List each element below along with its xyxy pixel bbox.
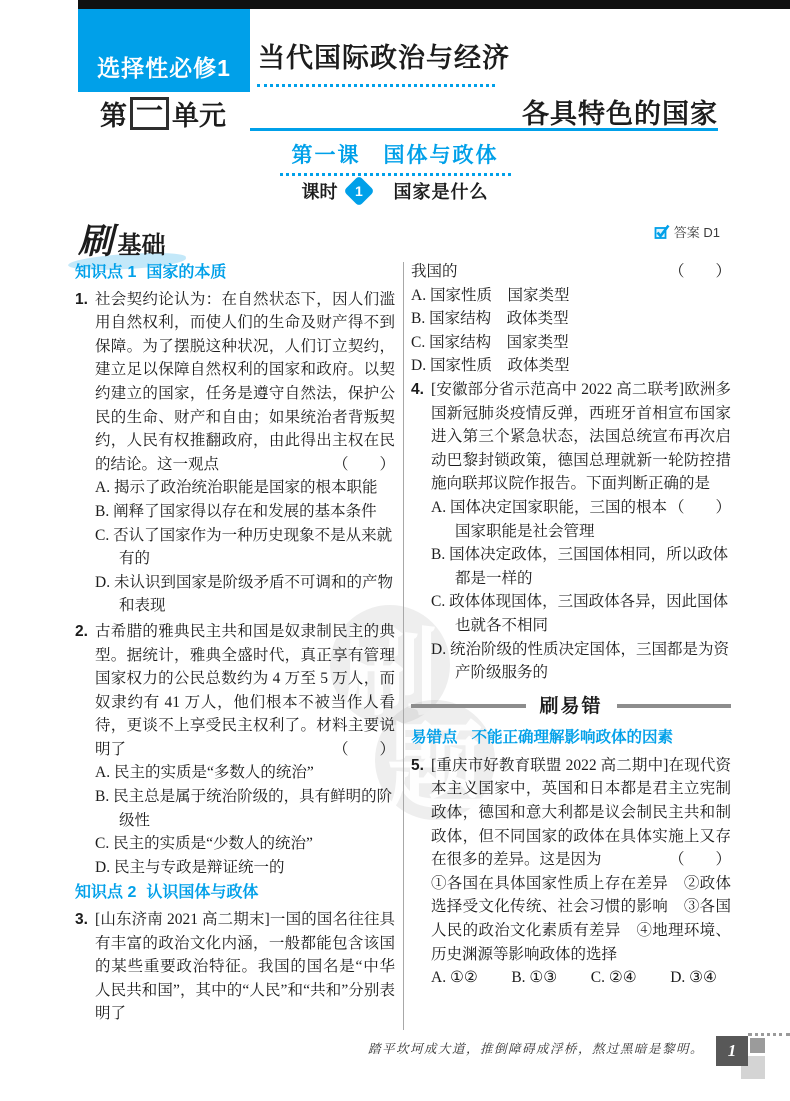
question-options: A. 民主的实质是“多数人的统治” B. 民主总是属于统治阶级的，具有鲜明的阶级… bbox=[95, 761, 395, 879]
question-number: 5. bbox=[411, 754, 424, 778]
question-number: 1. bbox=[75, 288, 88, 312]
option-c: C. 否认了国家作为一种历史现象不是从来就有的 bbox=[95, 524, 395, 571]
error-section-divider: 刷易错 bbox=[411, 695, 731, 719]
question-4: 4. [安徽部分省示范高中 2022 高二联考]欧洲多国新冠肺炎疫情反弹，西班牙… bbox=[411, 378, 731, 685]
answer-badge-label: 答案 D1 bbox=[674, 222, 720, 241]
option-d: D. 国家性质 政体类型 bbox=[411, 354, 731, 378]
unit-label: 第一单元 bbox=[100, 94, 226, 133]
option-c: C. 政体体现国体，三国政体各异，因此国体也就各不相同 bbox=[431, 590, 731, 637]
section-name: 基础 bbox=[117, 232, 165, 259]
knowledge-point-1: 知识点 1国家的本质 bbox=[75, 261, 395, 285]
top-black-bar bbox=[78, 0, 790, 9]
question-stem: [安徽部分省示范高中 2022 高二联考]欧洲多国新冠肺炎疫情反弹，西班牙首相宣… bbox=[431, 381, 731, 492]
option-d: D. 统治阶级的性质决定国体，三国都是为资产阶级服务的 bbox=[431, 638, 731, 685]
session-number-diamond: 1 bbox=[343, 175, 374, 206]
unit-boxed-number: 一 bbox=[130, 97, 169, 130]
session-number: 1 bbox=[355, 183, 363, 199]
option-c: C. 国家结构 国家类型 bbox=[411, 331, 731, 355]
content-columns: 知识点 1国家的本质 1. 社会契约论认为：在自然状态下，因人们滥用自然权利，而… bbox=[75, 260, 731, 1038]
unit-rule bbox=[250, 128, 718, 131]
question-5: 5. [重庆市好教育联盟 2022 高二期中]在现代资本主义国家中，英国和日本都… bbox=[411, 754, 731, 990]
error-point-row: 易错点不能正确理解影响政体的因素 bbox=[411, 726, 731, 750]
left-column: 知识点 1国家的本质 1. 社会契约论认为：在自然状态下，因人们滥用自然权利，而… bbox=[75, 260, 395, 1038]
option-a: A. 揭示了政治统治职能是国家的根本职能 bbox=[95, 476, 395, 500]
question-1: 1. 社会契约论认为：在自然状态下，因人们滥用自然权利，而使人们的生命及财产得不… bbox=[75, 288, 395, 618]
book-badge: 选择性必修1 bbox=[78, 9, 250, 92]
kp-label: 知识点 2 bbox=[75, 884, 136, 901]
question-number: 2. bbox=[75, 620, 88, 644]
session-label: 课时 bbox=[302, 178, 338, 204]
choice-d: D. ③④ bbox=[670, 966, 717, 990]
question-stem-continuation: 我国的 bbox=[411, 263, 458, 280]
error-point-label: 易错点 bbox=[411, 729, 458, 746]
question-2: 2. 古希腊的雅典民主共和国是奴隶制民主的典型。据统计，雅典全盛时代，真正享有管… bbox=[75, 620, 395, 880]
question-answer-choices: A. ①② B. ①③ C. ②④ D. ③④ bbox=[431, 966, 731, 990]
checkbox-check-icon bbox=[654, 224, 670, 240]
choice-c: C. ②④ bbox=[591, 966, 637, 990]
unit-title: 各具特色的国家 bbox=[522, 92, 718, 131]
error-point-text: 不能正确理解影响政体的因素 bbox=[472, 729, 674, 746]
question-options: A. 国体决定国家职能，三国的根本国家职能是社会管理 B. 国体决定政体，三国国… bbox=[431, 496, 731, 685]
book-title-dotted-rule bbox=[257, 84, 495, 87]
page-number: 1 bbox=[728, 1041, 737, 1061]
question-stem: [山东济南 2021 高二期末]一国的国名往往具有丰富的政治文化内涵，一般都能包… bbox=[95, 911, 395, 1022]
option-d: D. 民主与专政是辩证统一的 bbox=[95, 856, 395, 880]
choice-a: A. ①② bbox=[431, 966, 478, 990]
kp-label: 知识点 1 bbox=[75, 264, 136, 281]
question-3-continuation: 我国的 （ ） bbox=[411, 260, 731, 284]
divider-bar-right bbox=[617, 704, 731, 708]
footer-dotted-rule bbox=[748, 1033, 790, 1036]
footer-motto: 踏平坎坷成大道，推倒障碍成浮桥，熬过黑暗是黎明。 bbox=[368, 1039, 704, 1057]
session-row: 课时 1 国家是什么 bbox=[0, 178, 790, 204]
brush-char: 刷 bbox=[78, 222, 113, 261]
choice-b: B. ①③ bbox=[511, 966, 557, 990]
answer-badge: 答案 D1 bbox=[654, 222, 720, 241]
option-a: A. 民主的实质是“多数人的统治” bbox=[95, 761, 395, 785]
right-column: 我国的 （ ） A. 国家性质 国家类型 B. 国家结构 政体类型 C. 国家结… bbox=[411, 260, 731, 1038]
option-c: C. 民主的实质是“少数人的统治” bbox=[95, 832, 395, 856]
unit-suffix: 单元 bbox=[172, 94, 226, 133]
option-b: B. 国体决定政体，三国国体相同，所以政体都是一样的 bbox=[431, 543, 731, 590]
answer-bracket: （ ） bbox=[333, 738, 395, 762]
question-stem: 古希腊的雅典民主共和国是奴隶制民主的典型。据统计，雅典全盛时代，真正享有管理国家… bbox=[95, 623, 395, 758]
option-a: A. 国家性质 国家类型 bbox=[411, 284, 731, 308]
option-b: B. 阐释了国家得以存在和发展的基本条件 bbox=[95, 500, 395, 524]
unit-prefix: 第 bbox=[100, 94, 127, 133]
error-section-title: 刷易错 bbox=[540, 695, 603, 719]
book-title: 当代国际政治与经济 bbox=[258, 36, 510, 75]
question-options: A. 揭示了政治统治职能是国家的根本职能 B. 阐释了国家得以存在和发展的基本条… bbox=[95, 476, 395, 618]
question-3-options: A. 国家性质 国家类型 B. 国家结构 政体类型 C. 国家结构 国家类型 D… bbox=[411, 284, 731, 378]
question-stem: 社会契约论认为：在自然状态下，因人们滥用自然权利，而使人们的生命及财产得不到保障… bbox=[95, 291, 395, 473]
knowledge-point-2: 知识点 2认识国体与政体 bbox=[75, 881, 395, 905]
option-d: D. 未认识到国家是阶级矛盾不可调和的产物和表现 bbox=[95, 571, 395, 618]
footer-deco-square-small bbox=[750, 1038, 765, 1053]
session-title: 国家是什么 bbox=[394, 178, 489, 204]
page-number-box: 1 bbox=[716, 1036, 748, 1066]
answer-bracket: （ ） bbox=[669, 260, 731, 284]
basics-section-header: 刷 基础 bbox=[76, 214, 171, 254]
kp-title: 认识国体与政体 bbox=[146, 884, 258, 901]
answer-bracket: （ ） bbox=[669, 848, 731, 872]
question-3: 3. [山东济南 2021 高二期末]一国的国名往往具有丰富的政治文化内涵，一般… bbox=[75, 908, 395, 1026]
option-b: B. 国家结构 政体类型 bbox=[411, 307, 731, 331]
column-divider bbox=[403, 262, 404, 1030]
lesson-title: 第一课 国体与政体 bbox=[280, 139, 511, 176]
question-number: 3. bbox=[75, 908, 88, 932]
answer-bracket: （ ） bbox=[333, 453, 395, 477]
workbook-page: 选择性必修1 当代国际政治与经济 第一单元 各具特色的国家 第一课 国体与政体 … bbox=[0, 0, 790, 1101]
option-b: B. 民主总是属于统治阶级的，具有鲜明的阶级性 bbox=[95, 785, 395, 832]
question-numbered-items: ①各国在具体国家性质上存在差异 ②政体选择受文化传统、社会习惯的影响 ③各国人民… bbox=[431, 872, 731, 966]
kp-title: 国家的本质 bbox=[146, 264, 226, 281]
divider-bar-left bbox=[411, 704, 526, 708]
answer-bracket: （ ） bbox=[669, 496, 731, 520]
question-number: 4. bbox=[411, 378, 424, 402]
book-badge-label: 选择性必修1 bbox=[97, 50, 231, 83]
